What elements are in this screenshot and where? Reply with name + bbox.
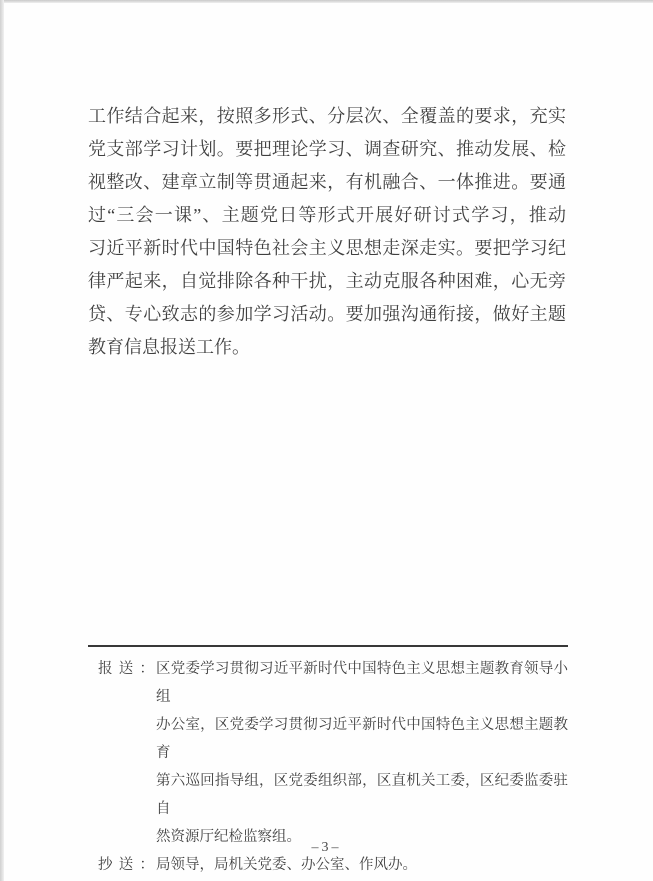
body-line: 贷、专心致志的参加学习活动。要加强沟通衔接，做好主题 — [88, 298, 566, 331]
document-page: 工作结合起来，按照多形式、分层次、全覆盖的要求，充实 党支部学习计划。要把理论学… — [0, 0, 653, 881]
report-line: 区党委学习贯彻习近平新时代中国特色主义思想主题教育领导小组 — [156, 655, 568, 711]
report-line: 第六巡回指导组，区党委组织部，区直机关工委，区纪委监委驻自 — [156, 767, 568, 823]
body-line: 工作结合起来，按照多形式、分层次、全覆盖的要求，充实 — [88, 100, 566, 133]
report-label: 报送： — [98, 655, 154, 851]
body-line: 习近平新时代中国特色社会主义思想走深走实。要把学习纪 — [88, 232, 566, 265]
body-line: 过“三会一课”、主题党日等形式开展好研讨式学习，推动 — [88, 199, 566, 232]
scan-edge-left — [0, 0, 4, 881]
report-row: 报送： 区党委学习贯彻习近平新时代中国特色主义思想主题教育领导小组 办公室，区党… — [88, 655, 568, 851]
body-line: 视整改、建章立制等贯通起来，有机融合、一体推进。要通 — [88, 166, 566, 199]
page-number: –3– — [0, 840, 653, 856]
body-paragraph: 工作结合起来，按照多形式、分层次、全覆盖的要求，充实 党支部学习计划。要把理论学… — [88, 100, 566, 364]
report-line: 办公室，区党委学习贯彻习近平新时代中国特色主义思想主题教育 — [156, 711, 568, 767]
body-line: 律严起来，自觉排除各种干扰，主动克服各种困难，心无旁 — [88, 265, 566, 298]
body-line: 党支部学习计划。要把理论学习、调查研究、推动发展、检 — [88, 133, 566, 166]
body-line: 教育信息报送工作。 — [88, 331, 566, 364]
report-text: 区党委学习贯彻习近平新时代中国特色主义思想主题教育领导小组 办公室，区党委学习贯… — [156, 655, 568, 851]
scan-edge-top — [0, 0, 653, 3]
